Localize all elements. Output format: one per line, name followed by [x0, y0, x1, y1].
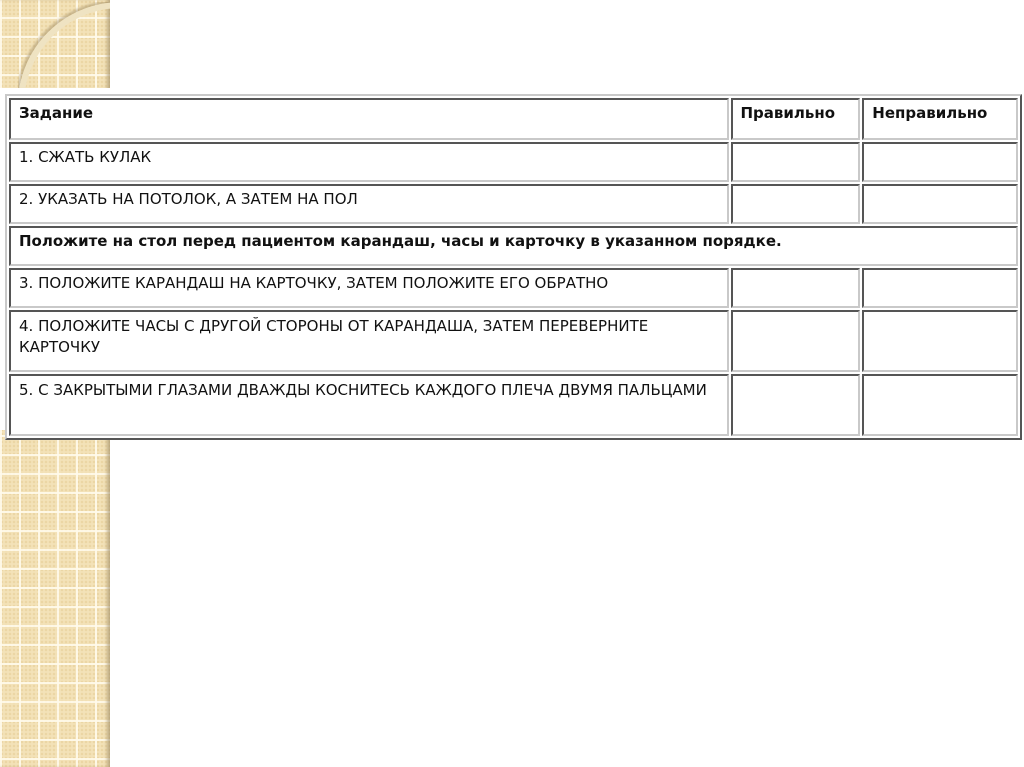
- task-cell: 3. ПОЛОЖИТЕ КАРАНДАШ НА КАРТОЧКУ, ЗАТЕМ …: [9, 268, 729, 308]
- table-header-row: Задание Правильно Неправильно: [9, 98, 1018, 140]
- correct-cell[interactable]: [731, 374, 861, 436]
- incorrect-cell[interactable]: [862, 374, 1018, 436]
- task-cell: 2. УКАЗАТЬ НА ПОТОЛОК, А ЗАТЕМ НА ПОЛ: [9, 184, 729, 224]
- header-incorrect: Неправильно: [862, 98, 1018, 140]
- task-cell: 4. ПОЛОЖИТЕ ЧАСЫ С ДРУГОЙ СТОРОНЫ ОТ КАР…: [9, 310, 729, 372]
- header-task: Задание: [9, 98, 729, 140]
- table-row: 2. УКАЗАТЬ НА ПОТОЛОК, А ЗАТЕМ НА ПОЛ: [9, 184, 1018, 224]
- table-row: 1. СЖАТЬ КУЛАК: [9, 142, 1018, 182]
- correct-cell[interactable]: [731, 142, 861, 182]
- correct-cell[interactable]: [731, 184, 861, 224]
- correct-cell[interactable]: [731, 310, 861, 372]
- task-cell: 5. С ЗАКРЫТЫМИ ГЛАЗАМИ ДВАЖДЫ КОСНИТЕСЬ …: [9, 374, 729, 436]
- header-correct: Правильно: [731, 98, 861, 140]
- incorrect-cell[interactable]: [862, 310, 1018, 372]
- incorrect-cell[interactable]: [862, 184, 1018, 224]
- table-row: 4. ПОЛОЖИТЕ ЧАСЫ С ДРУГОЙ СТОРОНЫ ОТ КАР…: [9, 310, 1018, 372]
- incorrect-cell[interactable]: [862, 268, 1018, 308]
- instruction-cell: Положите на стол перед пациентом каранда…: [9, 226, 1018, 266]
- assessment-table: Задание Правильно Неправильно 1. СЖАТЬ К…: [5, 94, 1022, 440]
- table-row: 5. С ЗАКРЫТЫМИ ГЛАЗАМИ ДВАЖДЫ КОСНИТЕСЬ …: [9, 374, 1018, 436]
- table-row: 3. ПОЛОЖИТЕ КАРАНДАШ НА КАРТОЧКУ, ЗАТЕМ …: [9, 268, 1018, 308]
- incorrect-cell[interactable]: [862, 142, 1018, 182]
- task-cell: 1. СЖАТЬ КУЛАК: [9, 142, 729, 182]
- decorative-arc: [0, 0, 110, 88]
- instruction-row: Положите на стол перед пациентом каранда…: [9, 226, 1018, 266]
- correct-cell[interactable]: [731, 268, 861, 308]
